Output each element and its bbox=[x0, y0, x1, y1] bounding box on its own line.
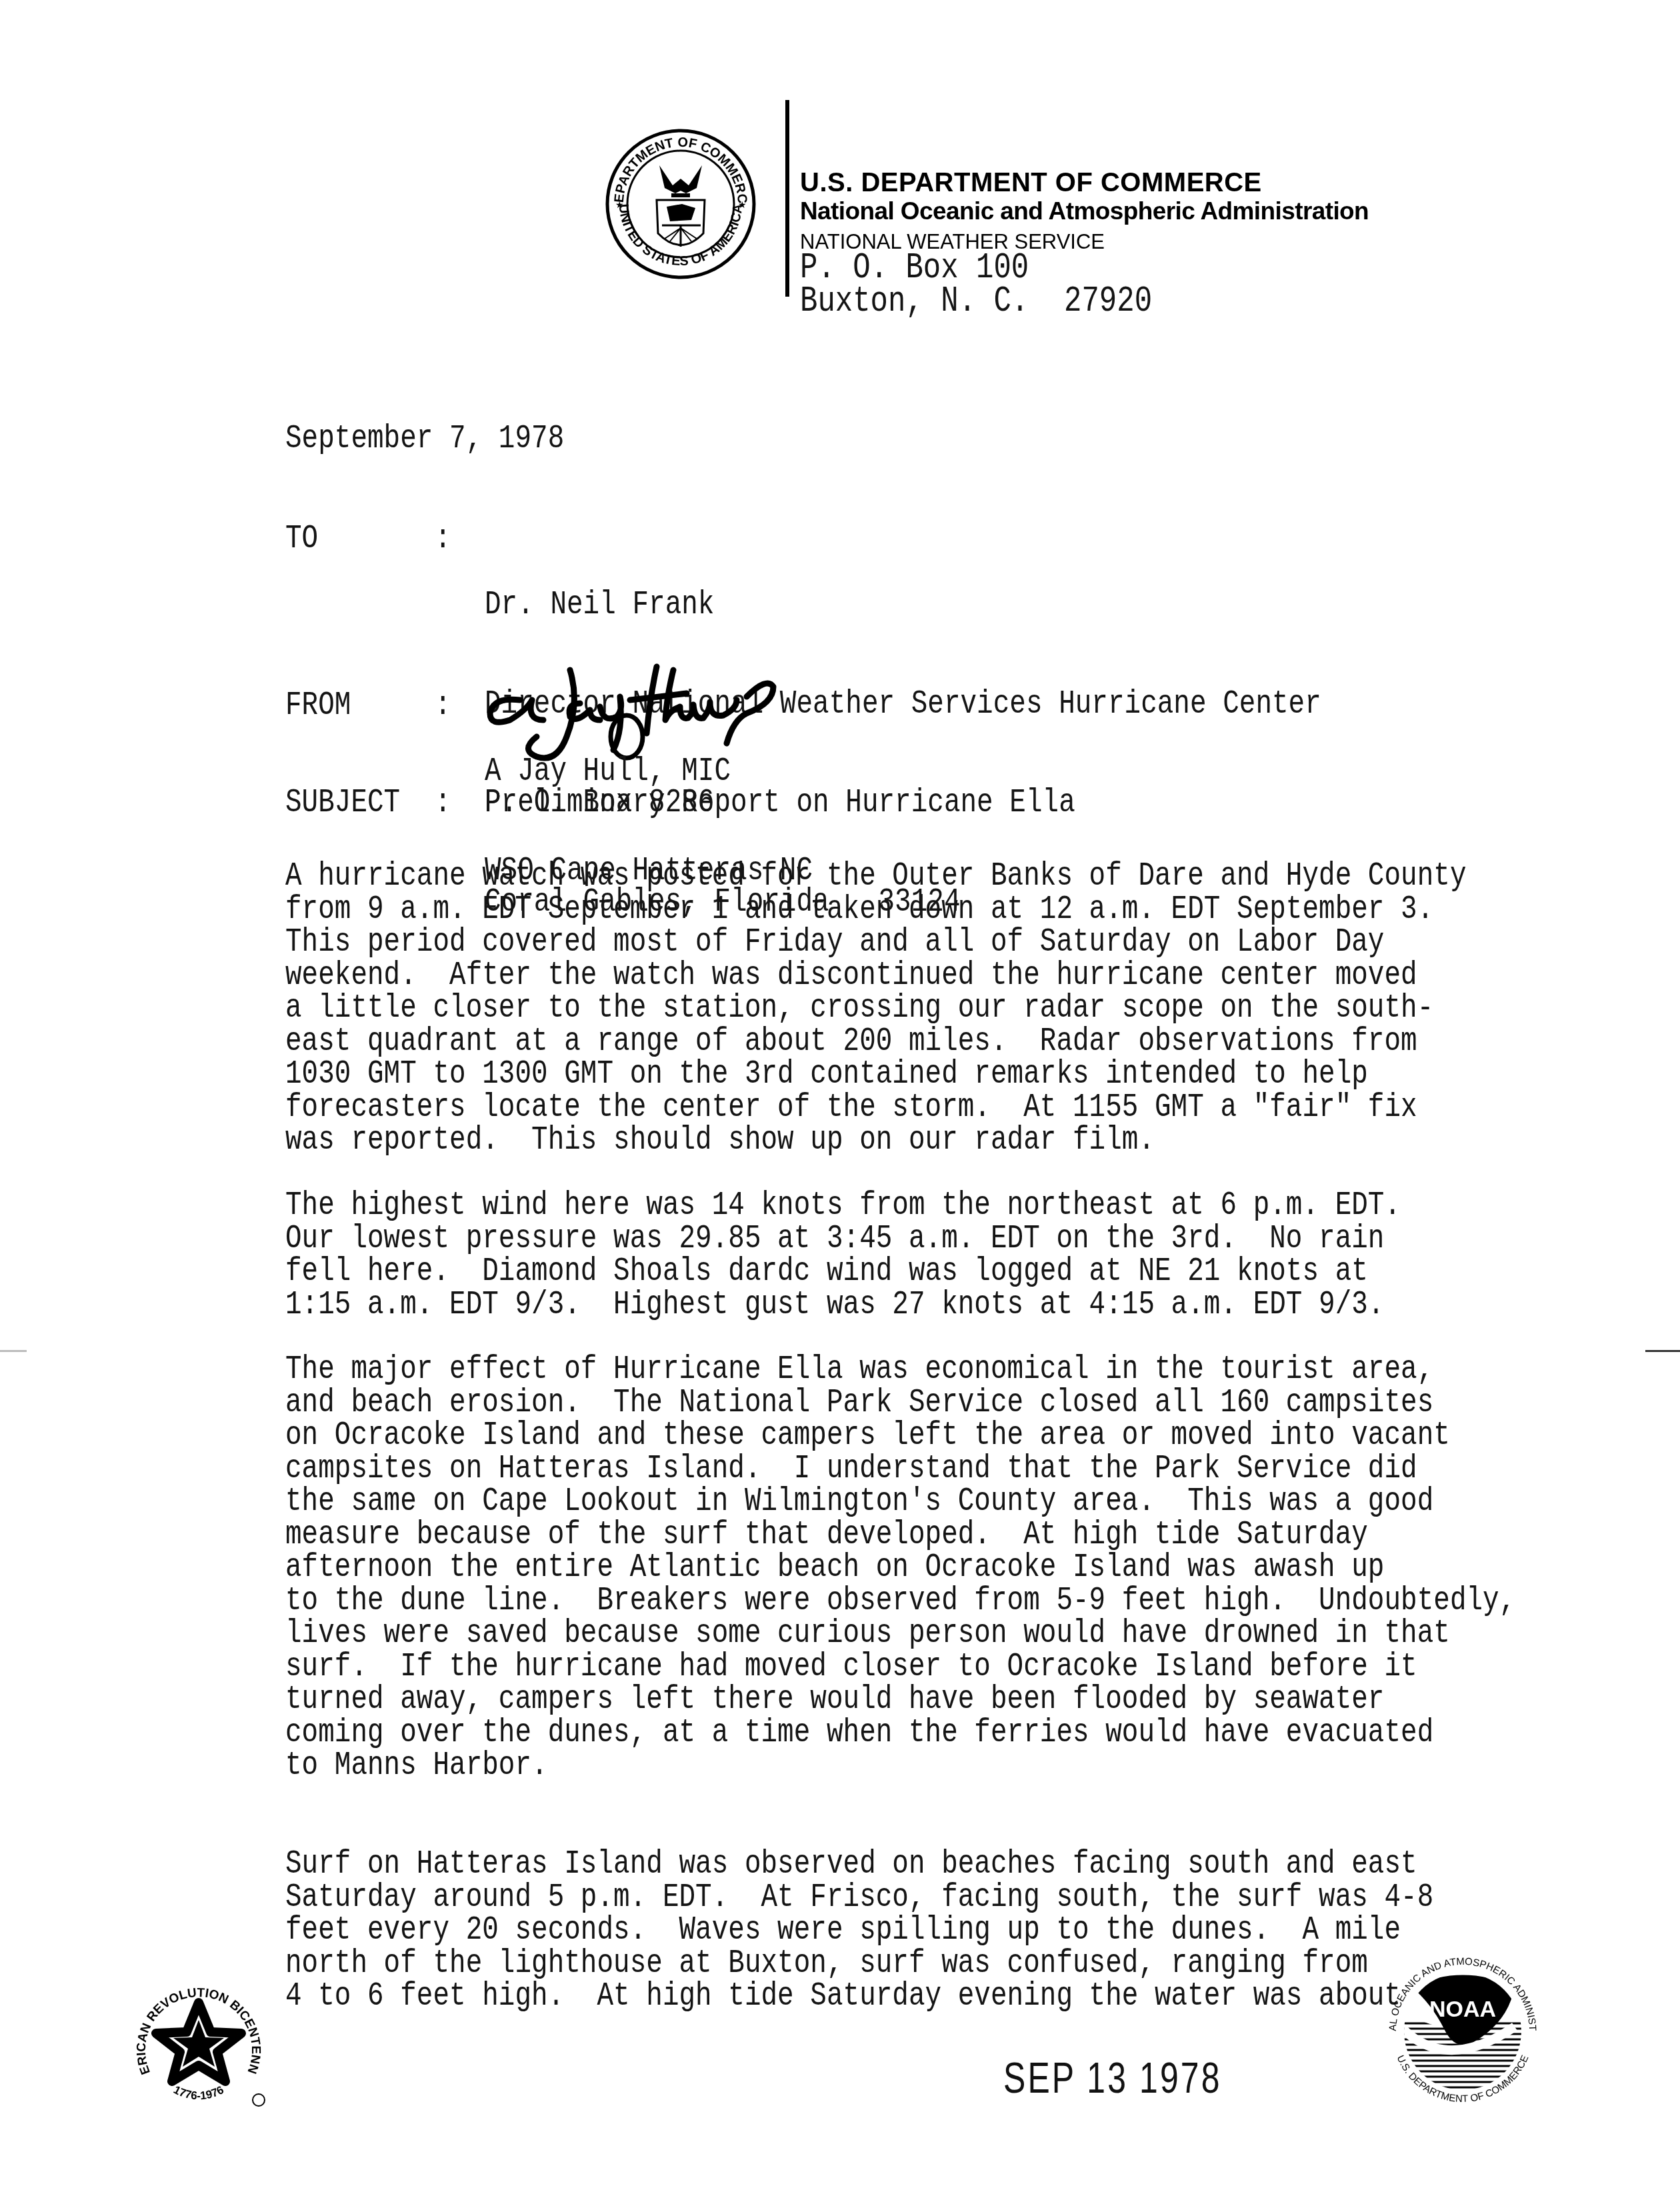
to-colon: : bbox=[435, 527, 451, 560]
fold-mark-left bbox=[0, 1350, 27, 1352]
to-line-name: Dr. Neil Frank bbox=[485, 585, 1321, 625]
subject-text: Preliminary Report on Hurricane Ella bbox=[485, 791, 1075, 824]
paragraph-line: was reported. This should show up on our… bbox=[285, 1128, 1467, 1161]
letter-date: September 7, 1978 bbox=[285, 427, 564, 460]
agency-name: National Oceanic and Atmospheric Adminis… bbox=[800, 197, 1369, 225]
department-name: U.S. DEPARTMENT OF COMMERCE bbox=[800, 168, 1262, 198]
from-colon: : bbox=[435, 693, 451, 727]
paragraph-hurricane-watch: A hurricane watch was posted for the Out… bbox=[285, 864, 1467, 1161]
fold-mark-right bbox=[1645, 1350, 1680, 1352]
noaa-logo-icon: NATIONAL OCEANIC AND ATMOSPHERIC ADMINIS… bbox=[1381, 1950, 1545, 2113]
paragraph-major-effects: The major effect of Hurricane Ella was e… bbox=[285, 1357, 1515, 1787]
paragraph-line: to Manns Harbor. bbox=[285, 1753, 1515, 1787]
svg-text:1776-1976: 1776-1976 bbox=[171, 2083, 226, 2102]
subject-colon: : bbox=[435, 791, 451, 824]
to-label: TO bbox=[285, 527, 318, 560]
paragraph-line: 4 to 6 feet high. At high tide Saturday … bbox=[285, 1984, 1433, 2017]
paragraph-wind-pressure: The highest wind here was 14 knots from … bbox=[285, 1193, 1401, 1325]
paragraph-hatteras-surf: Surf on Hatteras Island was observed on … bbox=[285, 1852, 1433, 2017]
svg-text:★: ★ bbox=[615, 201, 624, 211]
subject-label: SUBJECT bbox=[285, 791, 400, 824]
from-label: FROM bbox=[285, 693, 351, 727]
received-date-stamp: SEP 13 1978 bbox=[1003, 2053, 1222, 2103]
letterhead-address-line2: Buxton, N. C. 27920 bbox=[800, 289, 1152, 323]
letterhead-divider bbox=[785, 100, 789, 297]
svg-text:★: ★ bbox=[738, 201, 747, 211]
paragraph-line: 1:15 a.m. EDT 9/3. Highest gust was 27 k… bbox=[285, 1293, 1401, 1326]
bicentennial-logo-icon: AMERICAN REVOLUTION BICENTENNIAL 1776-19… bbox=[125, 1973, 272, 2120]
svg-text:NOAA: NOAA bbox=[1429, 1997, 1496, 2022]
department-of-commerce-seal-icon: DEPARTMENT OF COMMERCE UNITED STATES OF … bbox=[603, 127, 758, 281]
